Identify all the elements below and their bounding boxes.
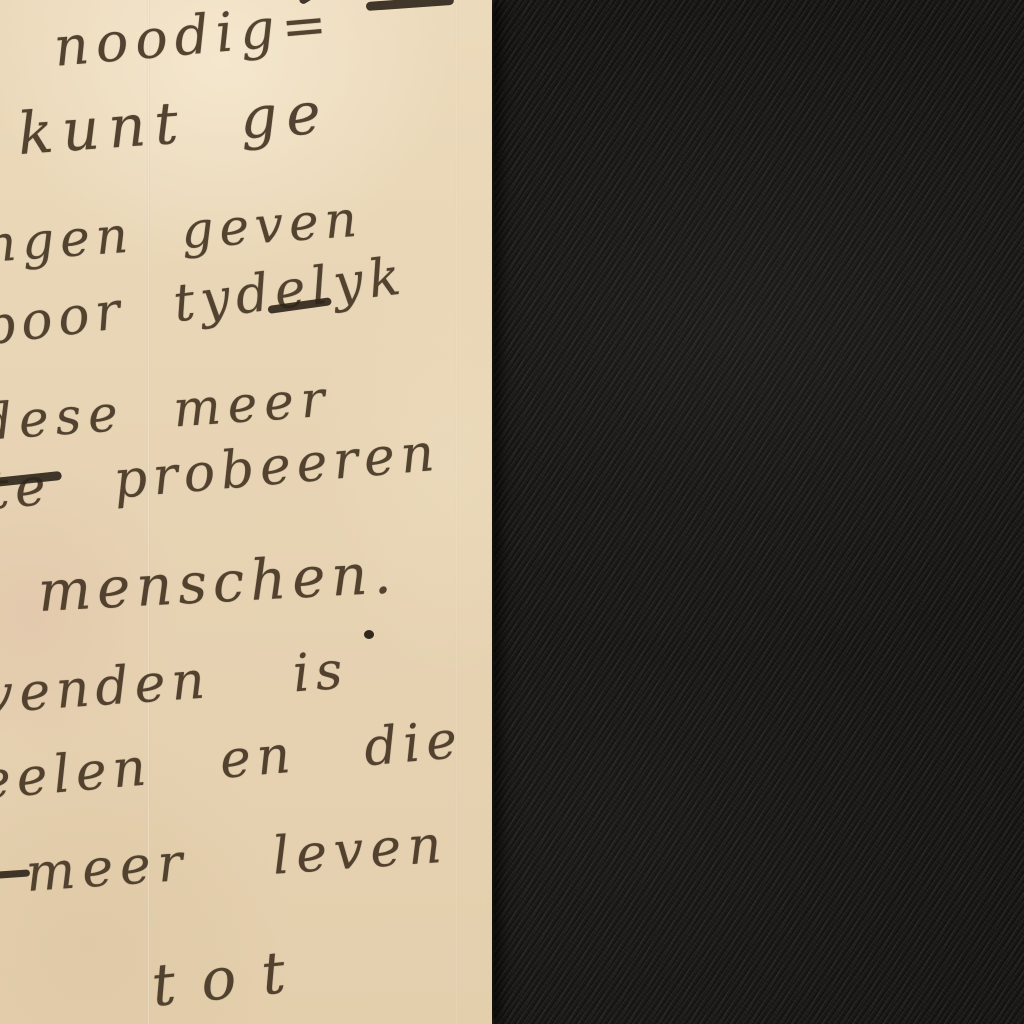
handwriting-line: tot xyxy=(148,936,314,1020)
handwriting-line: kunt ge xyxy=(16,78,332,168)
paper-crease-faint xyxy=(455,0,458,1024)
photograph: noodig= kunt ge ngen geven poor tydelyk … xyxy=(0,0,1024,1024)
handwriting-line: noodig= xyxy=(51,0,336,79)
ink-dot xyxy=(364,630,374,639)
handwriting-line: venden is xyxy=(0,641,350,726)
letter-paper: noodig= kunt ge ngen geven poor tydelyk … xyxy=(0,0,492,1024)
handwriting-line: meer leven xyxy=(24,815,450,904)
pen-stroke-fragment xyxy=(366,0,454,11)
handwriting-line: menschen. xyxy=(36,541,398,625)
handwriting-line: eelen en die xyxy=(0,710,465,812)
